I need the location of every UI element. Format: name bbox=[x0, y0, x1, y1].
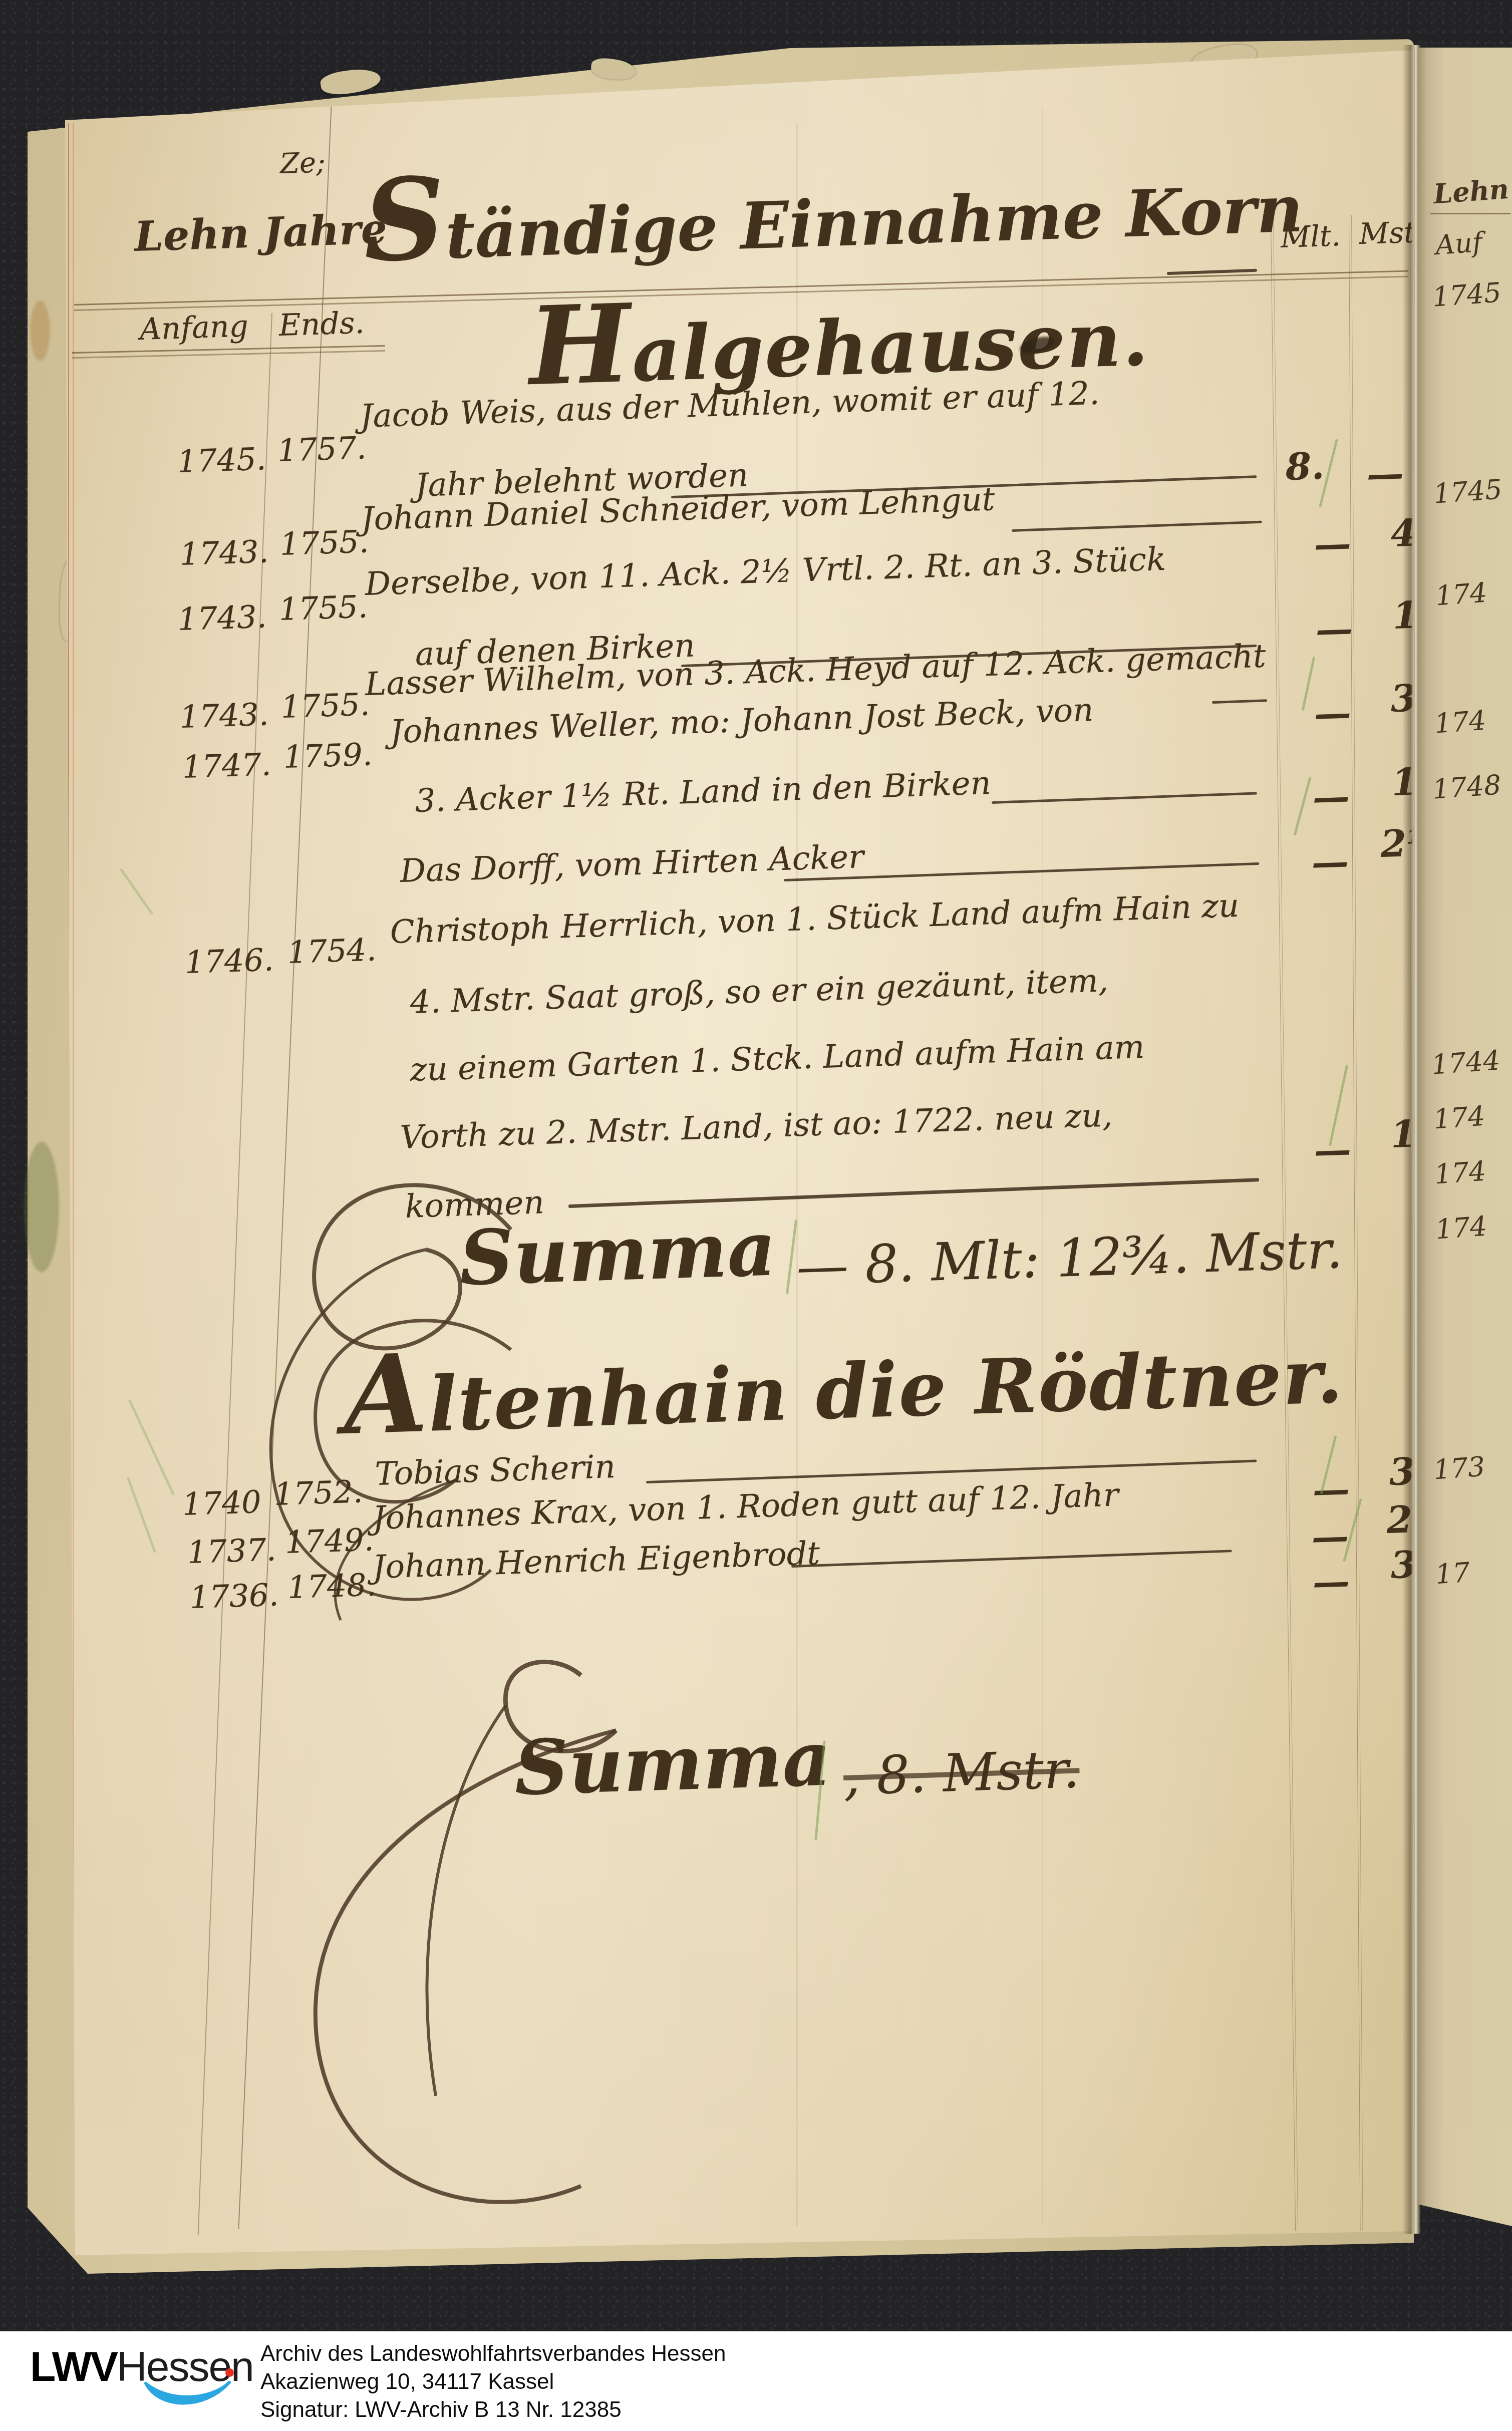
facing-page-edge: Lehn Auf 1745 1745 174 174 1748 1744 174… bbox=[1418, 48, 1512, 2226]
facing-page-text: 1745 bbox=[1432, 473, 1503, 509]
summa-line: Summa — 8. Mlt: 12¾. Mstr. bbox=[461, 1214, 1344, 1303]
entry-ende: 1748. bbox=[287, 1566, 377, 1606]
logo-lwv-text: LWV bbox=[30, 2342, 117, 2391]
entry-ende: 1752. bbox=[273, 1473, 364, 1512]
entry-text: Johannes Weller, mo: Johann Jost Beck, v… bbox=[390, 692, 1094, 751]
entry-text: Das Dorff, vom Hirten Acker bbox=[400, 838, 864, 890]
entry-anfang: 1743. bbox=[179, 696, 269, 735]
summa-value: — 8. Mlt: 12¾. Mstr. bbox=[795, 1219, 1344, 1297]
entry-anfang: 1746. bbox=[184, 941, 274, 981]
check-mark bbox=[1294, 777, 1312, 835]
footer-archive-line: Archiv des Landeswohlfahrtsverbandes Hes… bbox=[260, 2341, 726, 2366]
corner-note: Ze; bbox=[279, 146, 326, 180]
facing-page-text: 173 bbox=[1432, 1450, 1486, 1485]
entry-anfang: 1745. bbox=[177, 440, 267, 480]
entry-ende: 1754. bbox=[287, 931, 377, 971]
facing-page-rule bbox=[1430, 213, 1510, 214]
facing-page-text: 174 bbox=[1433, 1155, 1487, 1190]
entry-text: 4. Mstr. Saat groß, so er ein gezäunt, i… bbox=[410, 962, 1109, 1021]
entry-amount-mlt: — bbox=[1311, 840, 1349, 884]
facing-page-text: 174 bbox=[1434, 1210, 1488, 1245]
entry-amount-mlt: — bbox=[1311, 1515, 1349, 1559]
entry-amount-mlt: — bbox=[1313, 692, 1352, 736]
entry-text: Vorth zu 2. Mstr. Land, ist ao: 1722. ne… bbox=[400, 1097, 1113, 1156]
entry-text: Tobias Scherin bbox=[375, 1448, 616, 1493]
entry-anfang: 1740 bbox=[182, 1483, 262, 1523]
check-mark bbox=[127, 1477, 156, 1553]
book-gutter-shadow bbox=[1402, 45, 1420, 2234]
entry-text: Derselbe, von 11. Ack. 2½ Vrtl. 2. Rt. a… bbox=[365, 541, 1166, 603]
facing-page-text: Lehn bbox=[1432, 173, 1510, 210]
cover-stain bbox=[30, 300, 50, 361]
facing-page-text: 1745 bbox=[1431, 276, 1502, 313]
summa-line: Summa , 8. Mstr. bbox=[516, 1724, 1080, 1812]
logo-red-dot-icon bbox=[225, 2368, 234, 2377]
column-header-mlt: Mlt. bbox=[1280, 218, 1341, 254]
entry-fill-rule bbox=[646, 1459, 1257, 1483]
check-mark bbox=[120, 868, 153, 915]
facing-page-text: 174 bbox=[1432, 1100, 1486, 1135]
entry-text: Christoph Herrlich, von 1. Stück Land au… bbox=[390, 887, 1240, 951]
footer-address-line: Akazienweg 10, 34117 Kassel bbox=[260, 2369, 554, 2394]
entry-anfang: 1743. bbox=[179, 533, 269, 572]
entry-text: zu einem Garten 1. Stck. Land aufm Hain … bbox=[410, 1029, 1145, 1089]
check-mark bbox=[128, 1399, 175, 1495]
entry-fill-rule bbox=[568, 1178, 1259, 1208]
summa-word: Summa bbox=[513, 1714, 832, 1812]
column-line-amount-right bbox=[1349, 215, 1363, 2231]
entry-ende: 1749. bbox=[284, 1521, 375, 1561]
entry-anfang: 1737. bbox=[187, 1531, 277, 1571]
entry-amount-mlt: — bbox=[1315, 607, 1353, 652]
torn-paper-scrap bbox=[319, 66, 382, 98]
entry-fill-rule bbox=[791, 1550, 1232, 1568]
entry-amount-mlt: — bbox=[1312, 1468, 1350, 1512]
entry-amount-mstr: — bbox=[1366, 452, 1404, 496]
summa-value: , 8. Mstr. bbox=[842, 1738, 1080, 1807]
entry-amount-mlt: 8. bbox=[1285, 445, 1325, 489]
entry-amount-mlt: — bbox=[1312, 775, 1350, 819]
facing-page-text: 1748 bbox=[1431, 769, 1502, 805]
entry-amount-mlt: — bbox=[1312, 1560, 1350, 1604]
footer-signature-line: Signatur: LWV-Archiv B 13 Nr. 12385 bbox=[260, 2397, 622, 2422]
entry-ende: 1757. bbox=[277, 429, 367, 469]
archive-footer-bar: LWVHessen Archiv des Landeswohlfahrtsver… bbox=[0, 2331, 1512, 2431]
entry-anfang: 1743. bbox=[177, 598, 267, 638]
entry-fill-rule bbox=[992, 792, 1257, 804]
facing-page-text: 1744 bbox=[1430, 1044, 1501, 1080]
entry-ende: 1755. bbox=[278, 588, 369, 628]
entry-text: 3. Acker 1½ Rt. Land in den Birken bbox=[415, 765, 992, 820]
entry-amount-mlt: — bbox=[1313, 522, 1352, 566]
column-header-ende: Ends. bbox=[278, 306, 365, 343]
entry-ende: 1755. bbox=[280, 686, 371, 725]
facing-page-text: 174 bbox=[1433, 704, 1487, 739]
column-header-lehn-jahre: Lehn Jahre bbox=[134, 205, 388, 261]
facing-page-text: 17 bbox=[1434, 1557, 1471, 1591]
facing-page-text: 174 bbox=[1434, 576, 1488, 612]
column-header-anfang: Anfang bbox=[139, 309, 249, 347]
entry-fill-rule bbox=[1212, 699, 1267, 704]
facing-page-text: Auf bbox=[1434, 226, 1483, 261]
entry-anfang: 1736. bbox=[189, 1576, 279, 1616]
archive-scan-viewport: { "colors":{ "leather_bg":"#232326","pap… bbox=[0, 0, 1512, 2431]
entry-fill-rule bbox=[1012, 521, 1262, 532]
cover-stain bbox=[24, 1142, 59, 1272]
page-crease bbox=[1042, 108, 1043, 2226]
logo-blue-swoosh-icon bbox=[144, 2380, 232, 2413]
page-title: Ständige Einnahme Korn bbox=[362, 126, 1305, 287]
entry-anfang: 1747. bbox=[182, 746, 272, 785]
manuscript-page: Ze; Lehn Jahre Ständige Einnahme Korn Ml… bbox=[65, 48, 1412, 2259]
entry-ende: 1759. bbox=[283, 736, 373, 775]
summa-word: Summa bbox=[458, 1204, 777, 1303]
entry-ende: 1755. bbox=[279, 523, 370, 562]
